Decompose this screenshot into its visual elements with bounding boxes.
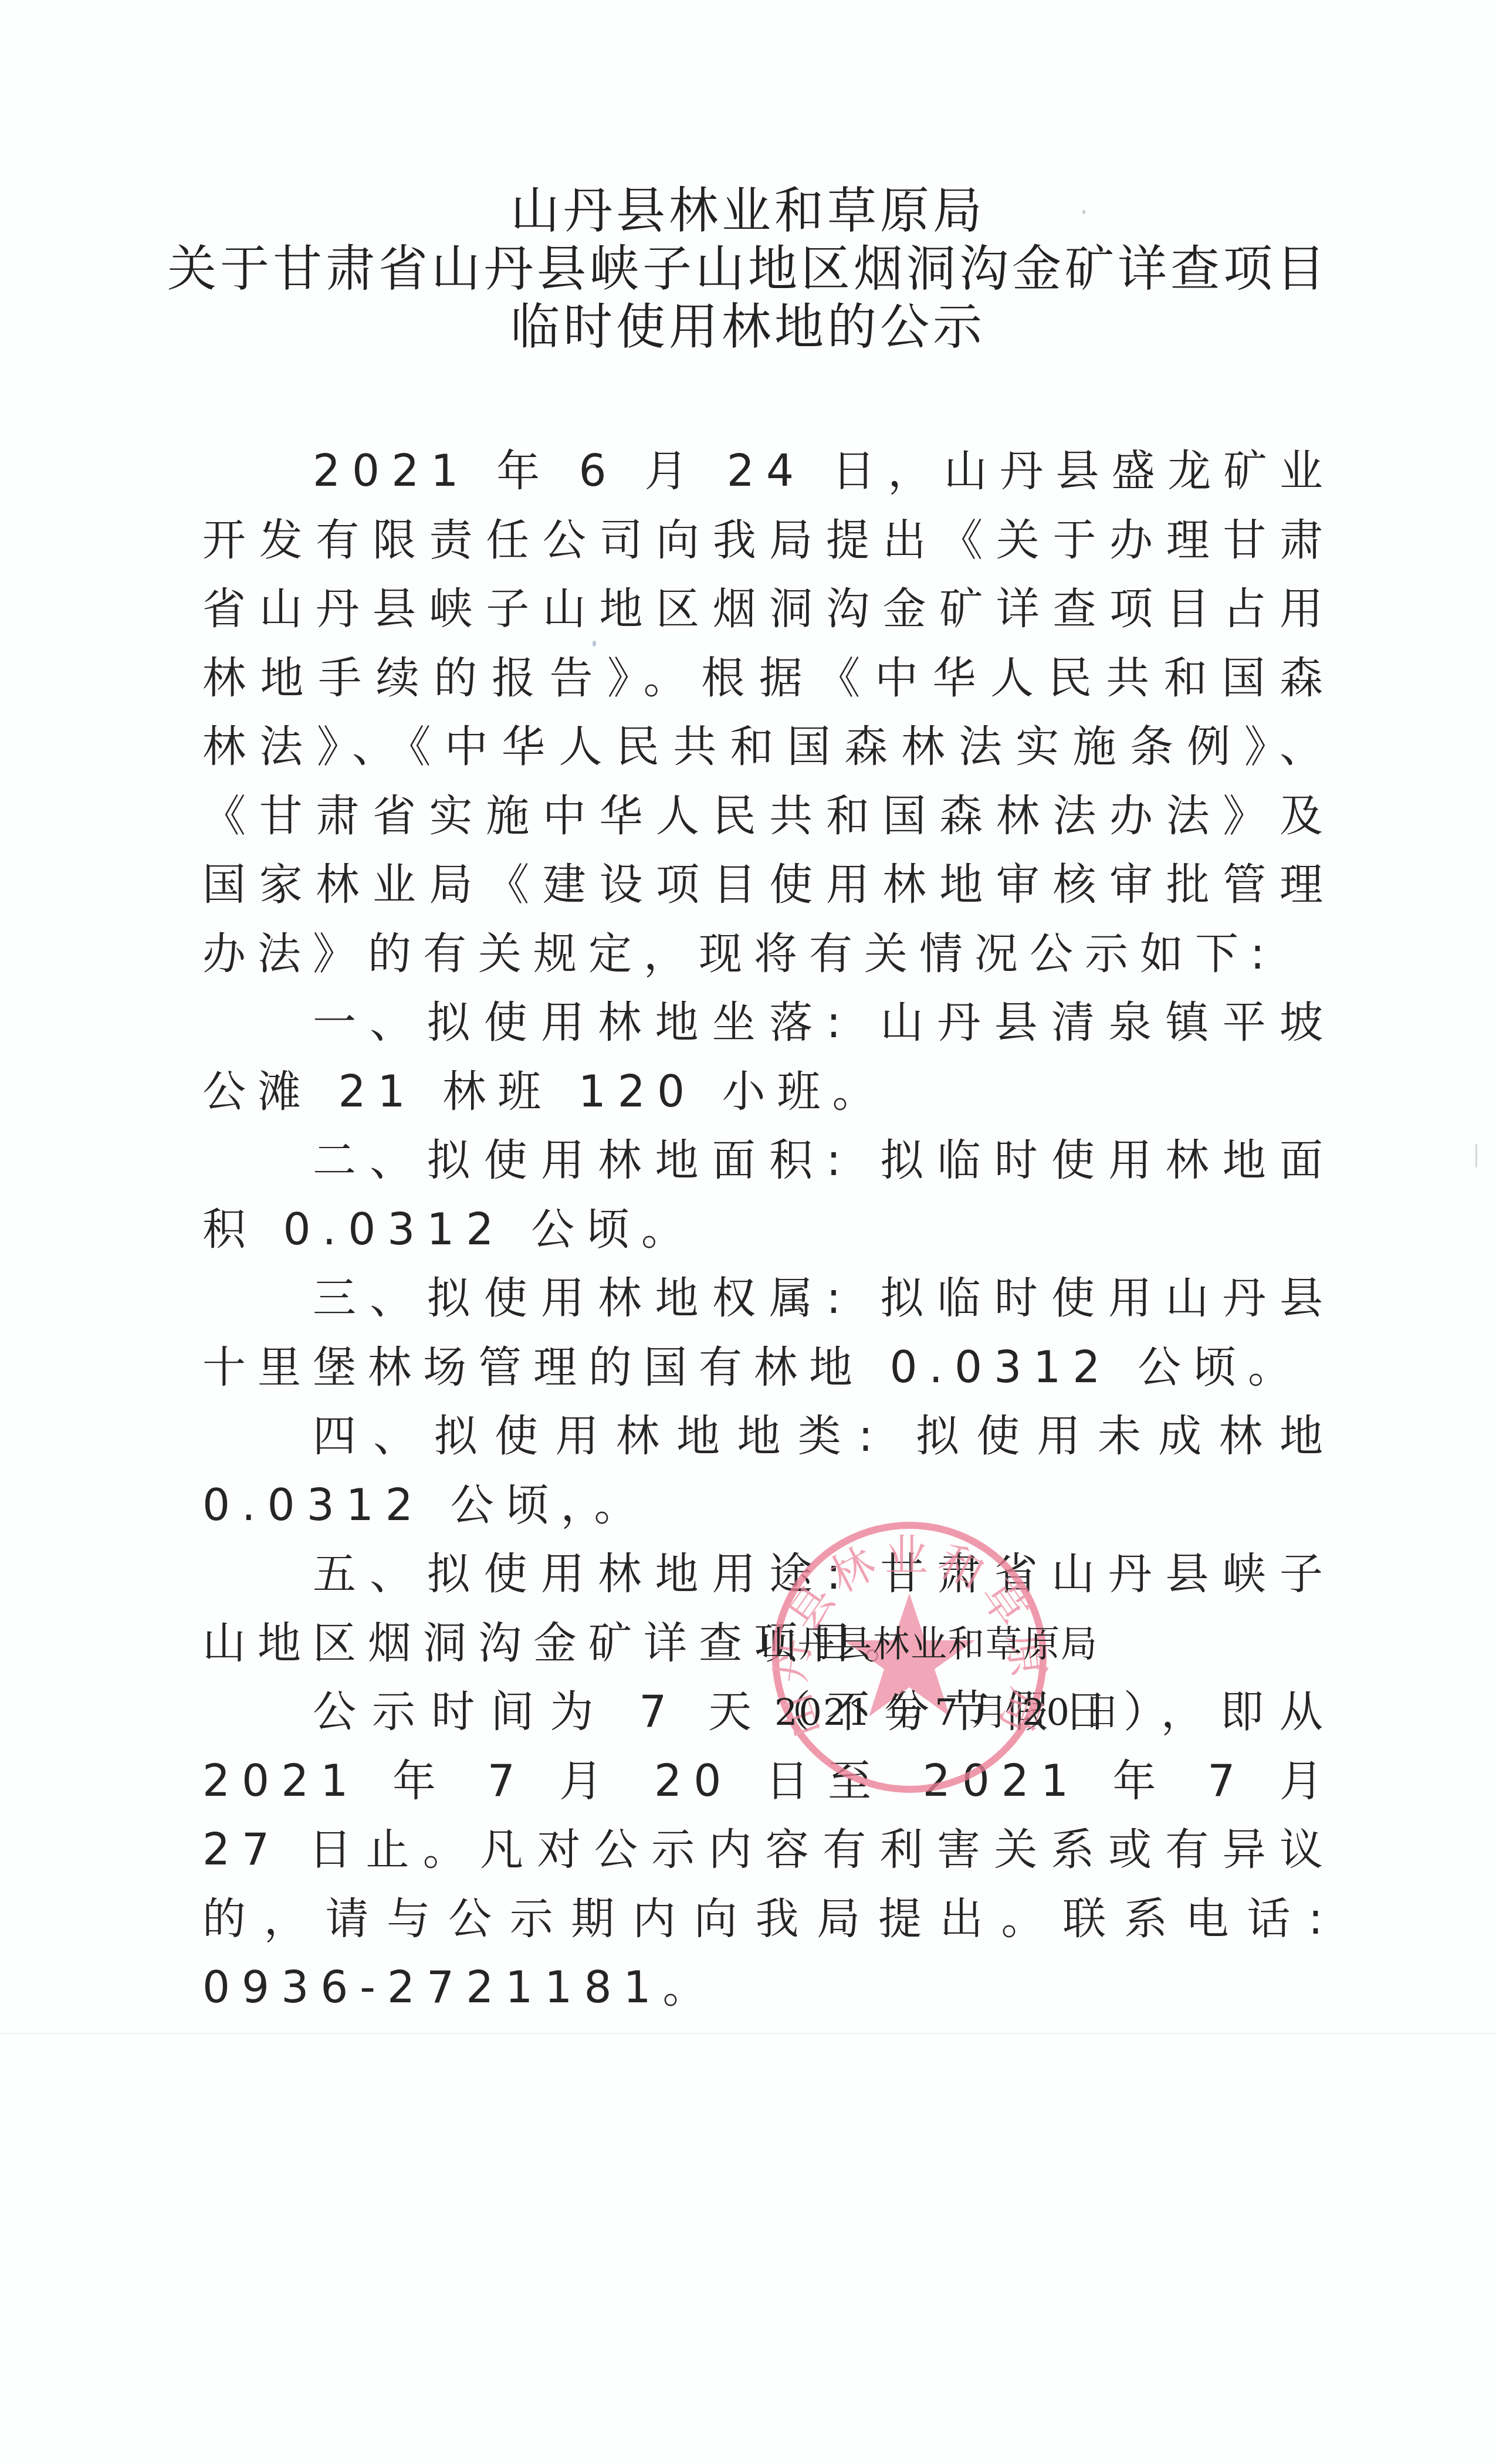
document-page: 山丹县林业和草原局 关于甘肃省山丹县峡子山地区烟洞沟金矿详查项目 临时使用林地的… xyxy=(0,0,1496,2464)
signature-organization: 山丹县林业和草原局 xyxy=(760,1610,1089,1678)
intro-paragraph: 2021 年 6 月 24 日，山丹县盛龙矿业开发有限责任公司向我局提出《关于办… xyxy=(202,437,1335,989)
item-area: 二、拟使用林地面积: 拟临时使用林地面积 0.0312 公顷。 xyxy=(202,1126,1335,1264)
item-location: 一、拟使用林地坐落: 山丹县清泉镇平坡公滩 21 林班 120 小班。 xyxy=(202,989,1335,1126)
title-line-type: 临时使用林地的公示 xyxy=(0,298,1496,356)
title-line-subject: 关于甘肃省山丹县峡子山地区烟洞沟金矿详查项目 xyxy=(0,240,1496,298)
signature-block: 山丹县林业和草原局 2021 年 7 月 20 日 xyxy=(760,1610,1089,1747)
scan-speck xyxy=(593,641,596,647)
title-line-issuer: 山丹县林业和草原局 xyxy=(0,182,1496,240)
item-ownership: 三、拟使用林地权属: 拟临时使用山丹县十里堡林场管理的国有林地 0.0312 公… xyxy=(202,1264,1335,1402)
scan-speck xyxy=(1475,1144,1477,1167)
signature-date: 2021 年 7 月 20 日 xyxy=(760,1678,1089,1747)
document-title: 山丹县林业和草原局 关于甘肃省山丹县峡子山地区烟洞沟金矿详查项目 临时使用林地的… xyxy=(0,182,1496,356)
scan-edge-line xyxy=(0,2033,1496,2034)
scan-speck xyxy=(1082,210,1085,214)
